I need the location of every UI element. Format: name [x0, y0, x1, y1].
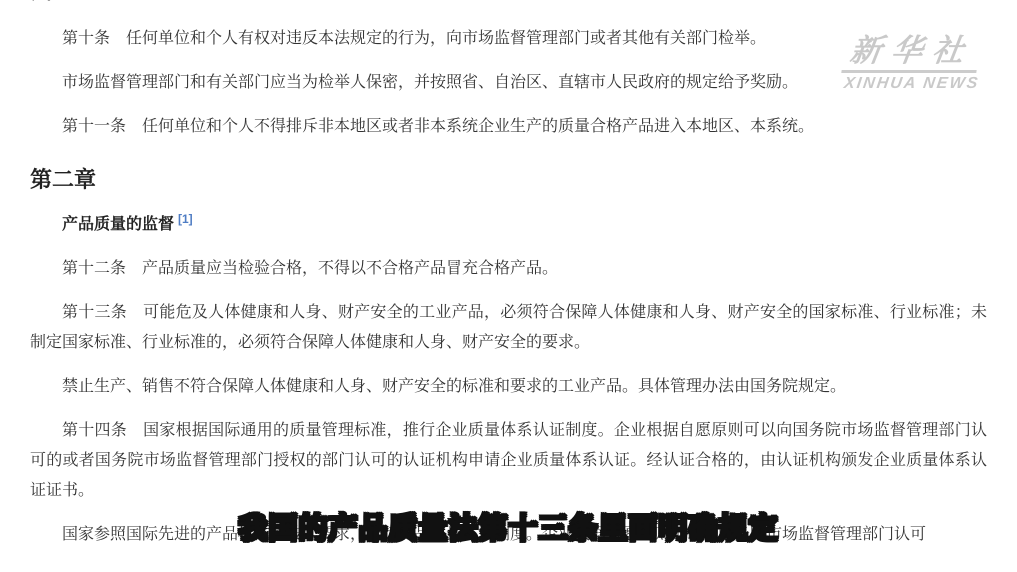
- xinhua-logo-cn: 新华社: [841, 34, 982, 73]
- section-title-text: 产品质量的监督: [62, 216, 174, 233]
- xinhua-logo-en: XINHUA NEWS: [843, 75, 981, 93]
- xinhua-news-watermark: 新华社 XINHUA NEWS: [844, 34, 979, 93]
- video-subtitle-overlay: 我国的产品质量法第十三条里面明确规定: [0, 506, 1017, 547]
- reference-link-1[interactable]: [1]: [178, 212, 193, 226]
- paragraph-partial-top: 任。: [30, 0, 987, 10]
- paragraph-article-12: 第十二条 产品质量应当检验合格，不得以不合格产品冒充合格产品。: [30, 254, 987, 284]
- paragraph-article-11: 第十一条 任何单位和个人不得排斥非本地区或者非本系统企业生产的质量合格产品进入本…: [30, 112, 987, 142]
- paragraph-forbid: 禁止生产、销售不符合保障人体健康和人身、财产安全的标准和要求的工业产品。具体管理…: [30, 372, 987, 402]
- section-title-supervision: 产品质量的监督[1]: [30, 210, 987, 240]
- paragraph-article-14: 第十四条 国家根据国际通用的质量管理标准，推行企业质量体系认证制度。企业根据自愿…: [30, 416, 987, 506]
- paragraph-article-13: 第十三条 可能危及人体健康和人身、财产安全的工业产品，必须符合保障人体健康和人身…: [30, 298, 987, 358]
- chapter-2-heading: 第二章: [30, 164, 987, 196]
